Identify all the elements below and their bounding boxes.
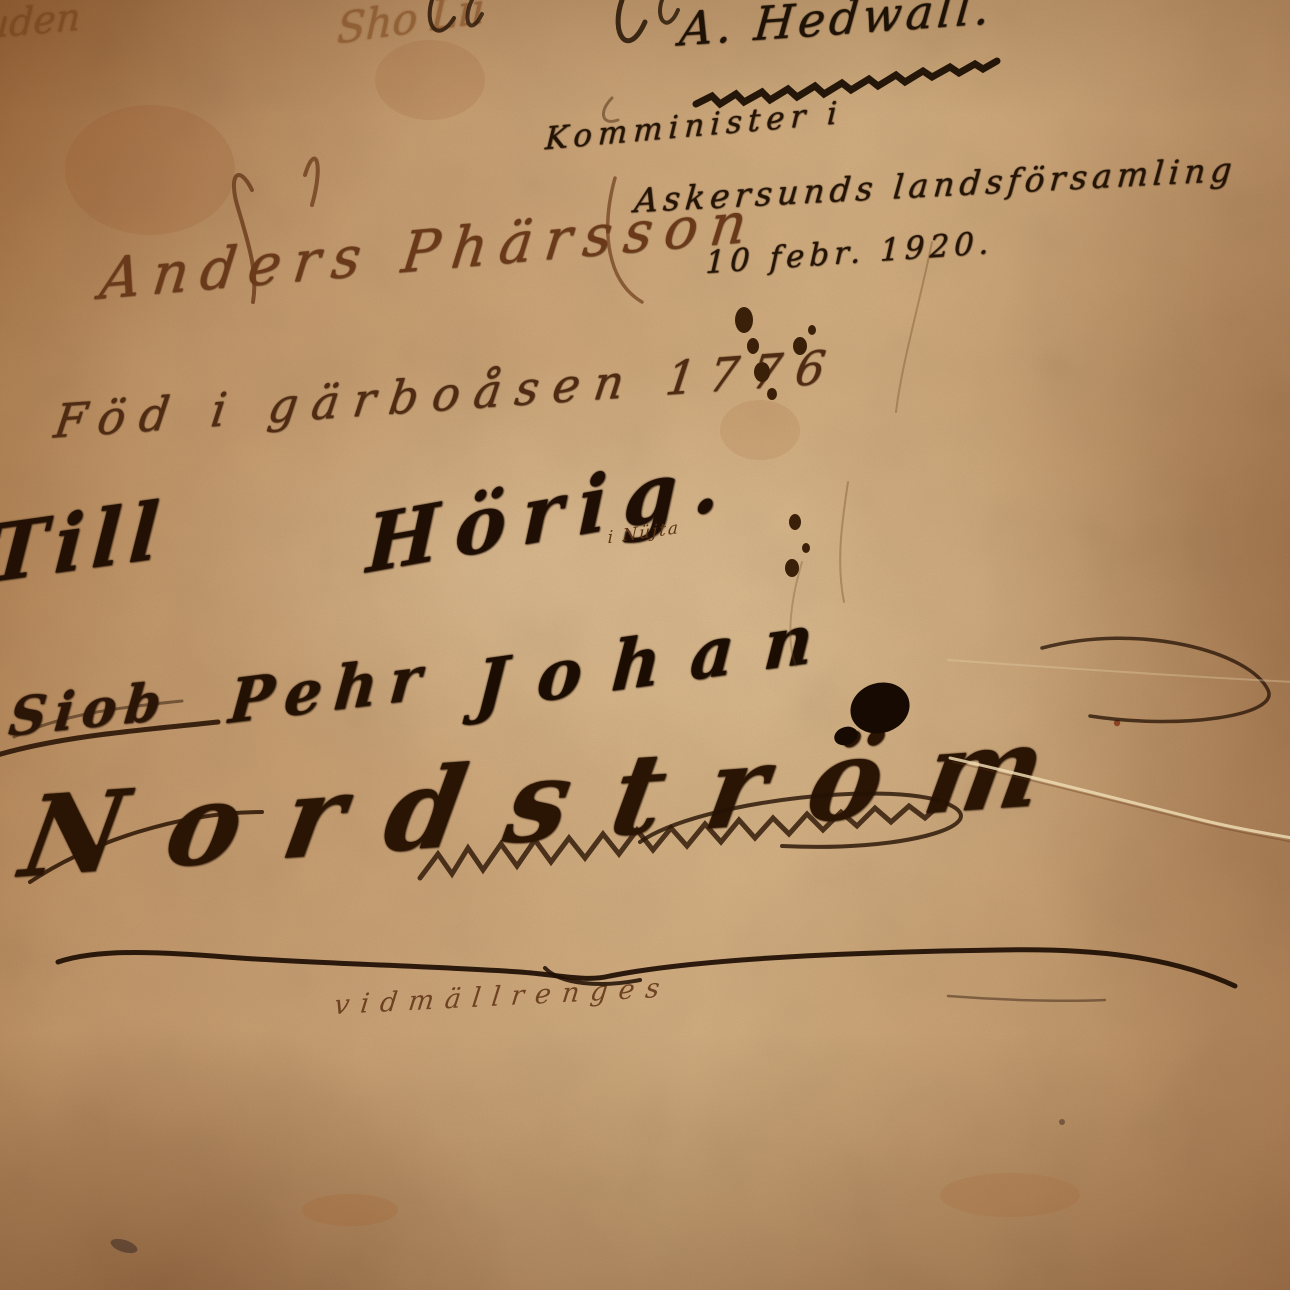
hedwall-underline-flourish [696,61,997,104]
anders-ascender-flourish [305,159,318,205]
signature-underline-flourish [58,950,1235,986]
top-edge-stroke [467,0,482,25]
overwritten-scribble [420,802,943,878]
johan-end-flourish [1042,638,1269,721]
ink-strokes-overlay [0,0,1290,1290]
signature-leadin-flourish [30,812,262,882]
paper-crease [950,758,1290,838]
paper-crease-shadow [953,762,1290,842]
ink-splatter [735,307,816,577]
faint-hairline [790,562,802,666]
strike-through-line [14,701,182,737]
faint-hairline [840,482,848,602]
top-edge-stroke [430,0,454,31]
flourish-echo-line [948,996,1105,1001]
top-edge-stroke [660,0,678,23]
strike-through-line [0,722,218,756]
manuscript-photo: uden Sho Lii A. Hedwall. Komminister i A… [0,0,1290,1290]
top-edge-stroke [618,0,645,41]
ink-blot [832,675,916,748]
phärsson-loop-flourish [608,178,642,302]
faint-mark [603,98,618,121]
faint-hairline [896,242,932,412]
anders-ascender-flourish [234,175,254,302]
